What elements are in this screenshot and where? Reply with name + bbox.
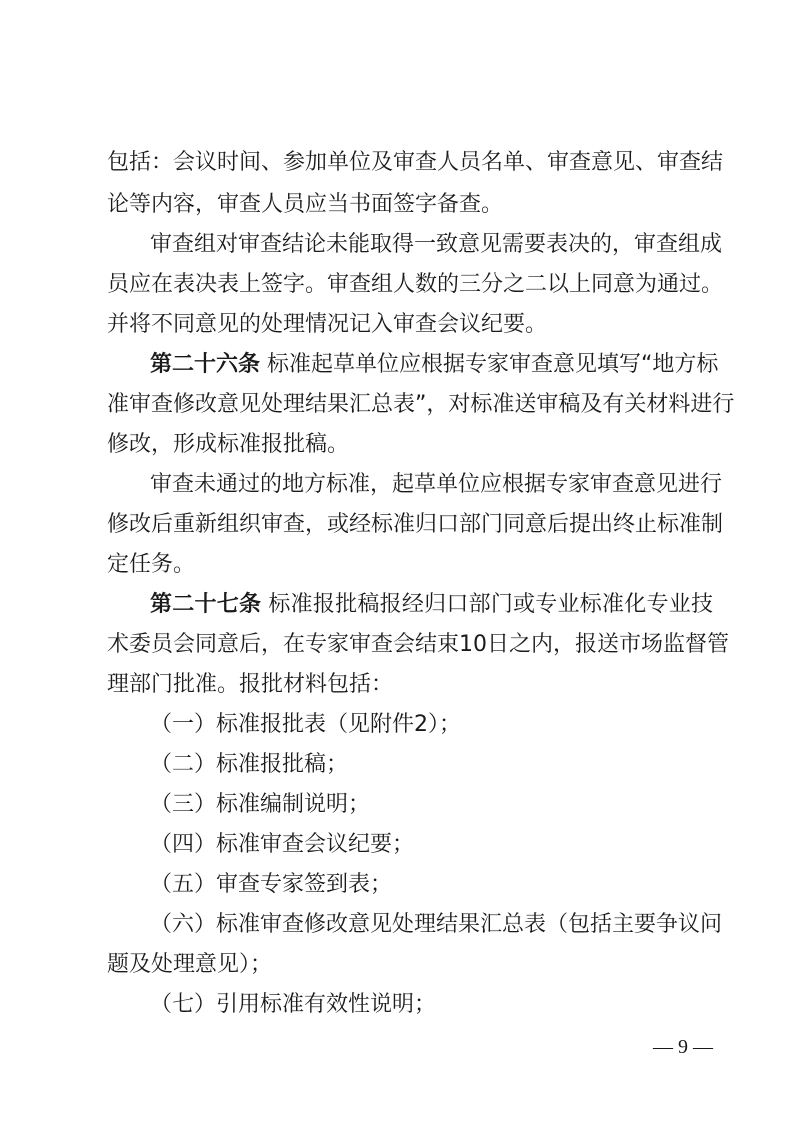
list-item: （四）标准审查会议纪要； [150,825,713,865]
text-line: 定任务。 [107,545,713,585]
article-27-heading-line: 第二十七条 标准报批稿报经归口部门或专业标准化专业技 [150,585,713,625]
list-item: （一）标准报批表（见附件2）； [150,705,713,745]
list-item: （二）标准报批稿； [150,745,713,785]
article-26-heading-line: 第二十六条 标准起草单位应根据专家审查意见填写“地方标 [150,345,713,385]
text-line: 术委员会同意后，在专家审查会结束10日之内，报送市场监督管 [107,625,713,665]
text-line: 准审查修改意见处理结果汇总表”，对标准送审稿及有关材料进行 [107,385,713,425]
page-number: — 9 — [643,1032,713,1062]
list-item: （七）引用标准有效性说明； [150,985,713,1025]
document-page: 包括：会议时间、参加单位及审查人员名单、审查意见、审查结 论等内容，审查人员应当… [0,0,794,1123]
text-line: 并将不同意见的处理情况记入审查会议纪要。 [107,305,713,345]
article-text: 标准起草单位应根据专家审查意见填写“地方标 [260,352,718,377]
text-line: 修改，形成标准报批稿。 [107,425,713,465]
article-number: 第二十七条 [150,592,261,617]
text-line: 员应在表决表上签字。审查组人数的三分之二以上同意为通过。 [107,265,713,305]
text-line: 论等内容，审查人员应当书面签字备查。 [107,185,713,225]
text-line: 理部门批准。报批材料包括： [107,665,713,705]
text-line: 审查未通过的地方标准，起草单位应根据专家审查意见进行 [150,465,713,505]
article-number: 第二十六条 [150,352,260,377]
text-line: 审查组对审查结论未能取得一致意见需要表决的，审查组成 [150,225,713,265]
list-item: （三）标准编制说明； [150,785,713,825]
list-item: （六）标准审查修改意见处理结果汇总表（包括主要争议问 [150,905,713,945]
article-text: 标准报批稿报经归口部门或专业标准化专业技 [261,592,713,617]
text-line: 包括：会议时间、参加单位及审查人员名单、审查意见、审查结 [107,143,713,183]
text-line: 修改后重新组织审查，或经标准归口部门同意后提出终止标准制 [107,505,713,545]
list-item: （五）审查专家签到表； [150,865,713,905]
list-item-continuation: 题及处理意见）； [107,945,713,985]
